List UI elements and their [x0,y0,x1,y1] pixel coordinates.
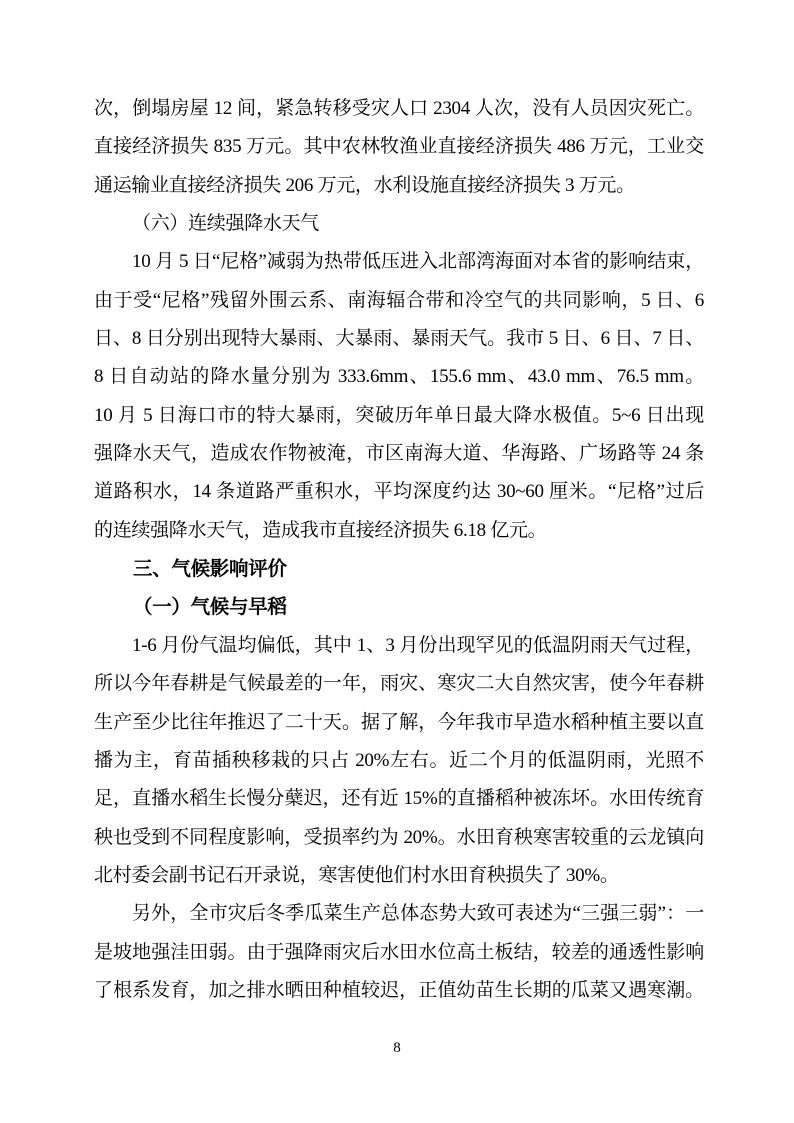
text-line: 道路积水，14 条道路严重积水，平均深度约达 30~60 厘米。“尼格”过后 [94,473,704,511]
subsection-heading-climate-early-rice: （一）气候与早稻 [94,588,704,626]
text-line: 由于受“尼格”残留外围云系、南海辐合带和冷空气的共同影响，5 日、6 [94,282,704,320]
text-line: 生产至少比往年推迟了二十天。据了解，今年我市早造水稻种植主要以直 [94,704,704,742]
text-line: 次，倒塌房屋 12 间，紧急转移受灾人口 2304 人次，没有人员因灾死亡。 [94,90,704,128]
text-line: 了根系发育，加之排水晒田种植较迟，正值幼苗生长期的瓜菜又遇寒潮。 [94,972,704,1010]
text-line: 通运输业直接经济损失 206 万元，水利设施直接经济损失 3 万元。 [94,167,704,205]
text-line: 直接经济损失 835 万元。其中农林牧渔业直接经济损失 486 万元，工业交 [94,128,704,166]
text-line: 10 月 5 日海口市的特大暴雨，突破历年单日最大降水极值。5~6 日出现 [94,397,704,435]
document-body: 次，倒塌房屋 12 间，紧急转移受灾人口 2304 人次，没有人员因灾死亡。 直… [94,90,704,1010]
text-line: 10 月 5 日“尼格”减弱为热带低压进入北部湾海面对本省的影响结束， [94,243,704,281]
text-line: 秧也受到不同程度影响，受损率约为 20%。水田育秧寒害较重的云龙镇向 [94,819,704,857]
text-line: 强降水天气，造成农作物被淹，市区南海大道、华海路、广场路等 24 条 [94,435,704,473]
text-line: 1-6 月份气温均偏低，其中 1、3 月份出现罕见的低温阴雨天气过程， [94,627,704,665]
text-line: 的连续强降水天气，造成我市直接经济损失 6.18 亿元。 [94,512,704,550]
document-page: 次，倒塌房屋 12 间，紧急转移受灾人口 2304 人次，没有人员因灾死亡。 直… [0,0,794,1123]
text-line: 北村委会副书记石开录说，寒害使他们村水田育秧损失了 30%。 [94,857,704,895]
text-line: 是坡地强洼田弱。由于强降雨灾后水田水位高土板结，较差的通透性影响 [94,934,704,972]
page-number: 8 [0,1038,794,1058]
section-heading-climate-impact: 三、气候影响评价 [94,550,704,588]
text-line: 所以今年春耕是气候最差的一年，雨灾、寒灾二大自然灾害，使今年春耕 [94,665,704,703]
subsection-heading-continuous-rain: （六）连续强降水天气 [94,205,704,243]
text-line: 足，直播水稻生长慢分蘖迟，还有近 15%的直播稻种被冻坏。水田传统育 [94,780,704,818]
text-line: 播为主，育苗插秧移栽的只占 20%左右。近二个月的低温阴雨，光照不 [94,742,704,780]
text-line: 日、8 日分别出现特大暴雨、大暴雨、暴雨天气。我市 5 日、6 日、7 日、 [94,320,704,358]
text-line-rainfall-values: 8 日自动站的降水量分别为 333.6mm、155.6 mm、43.0 mm、7… [94,358,704,396]
text-line: 另外，全市灾后冬季瓜菜生产总体态势大致可表述为“三强三弱”：一 [94,895,704,933]
